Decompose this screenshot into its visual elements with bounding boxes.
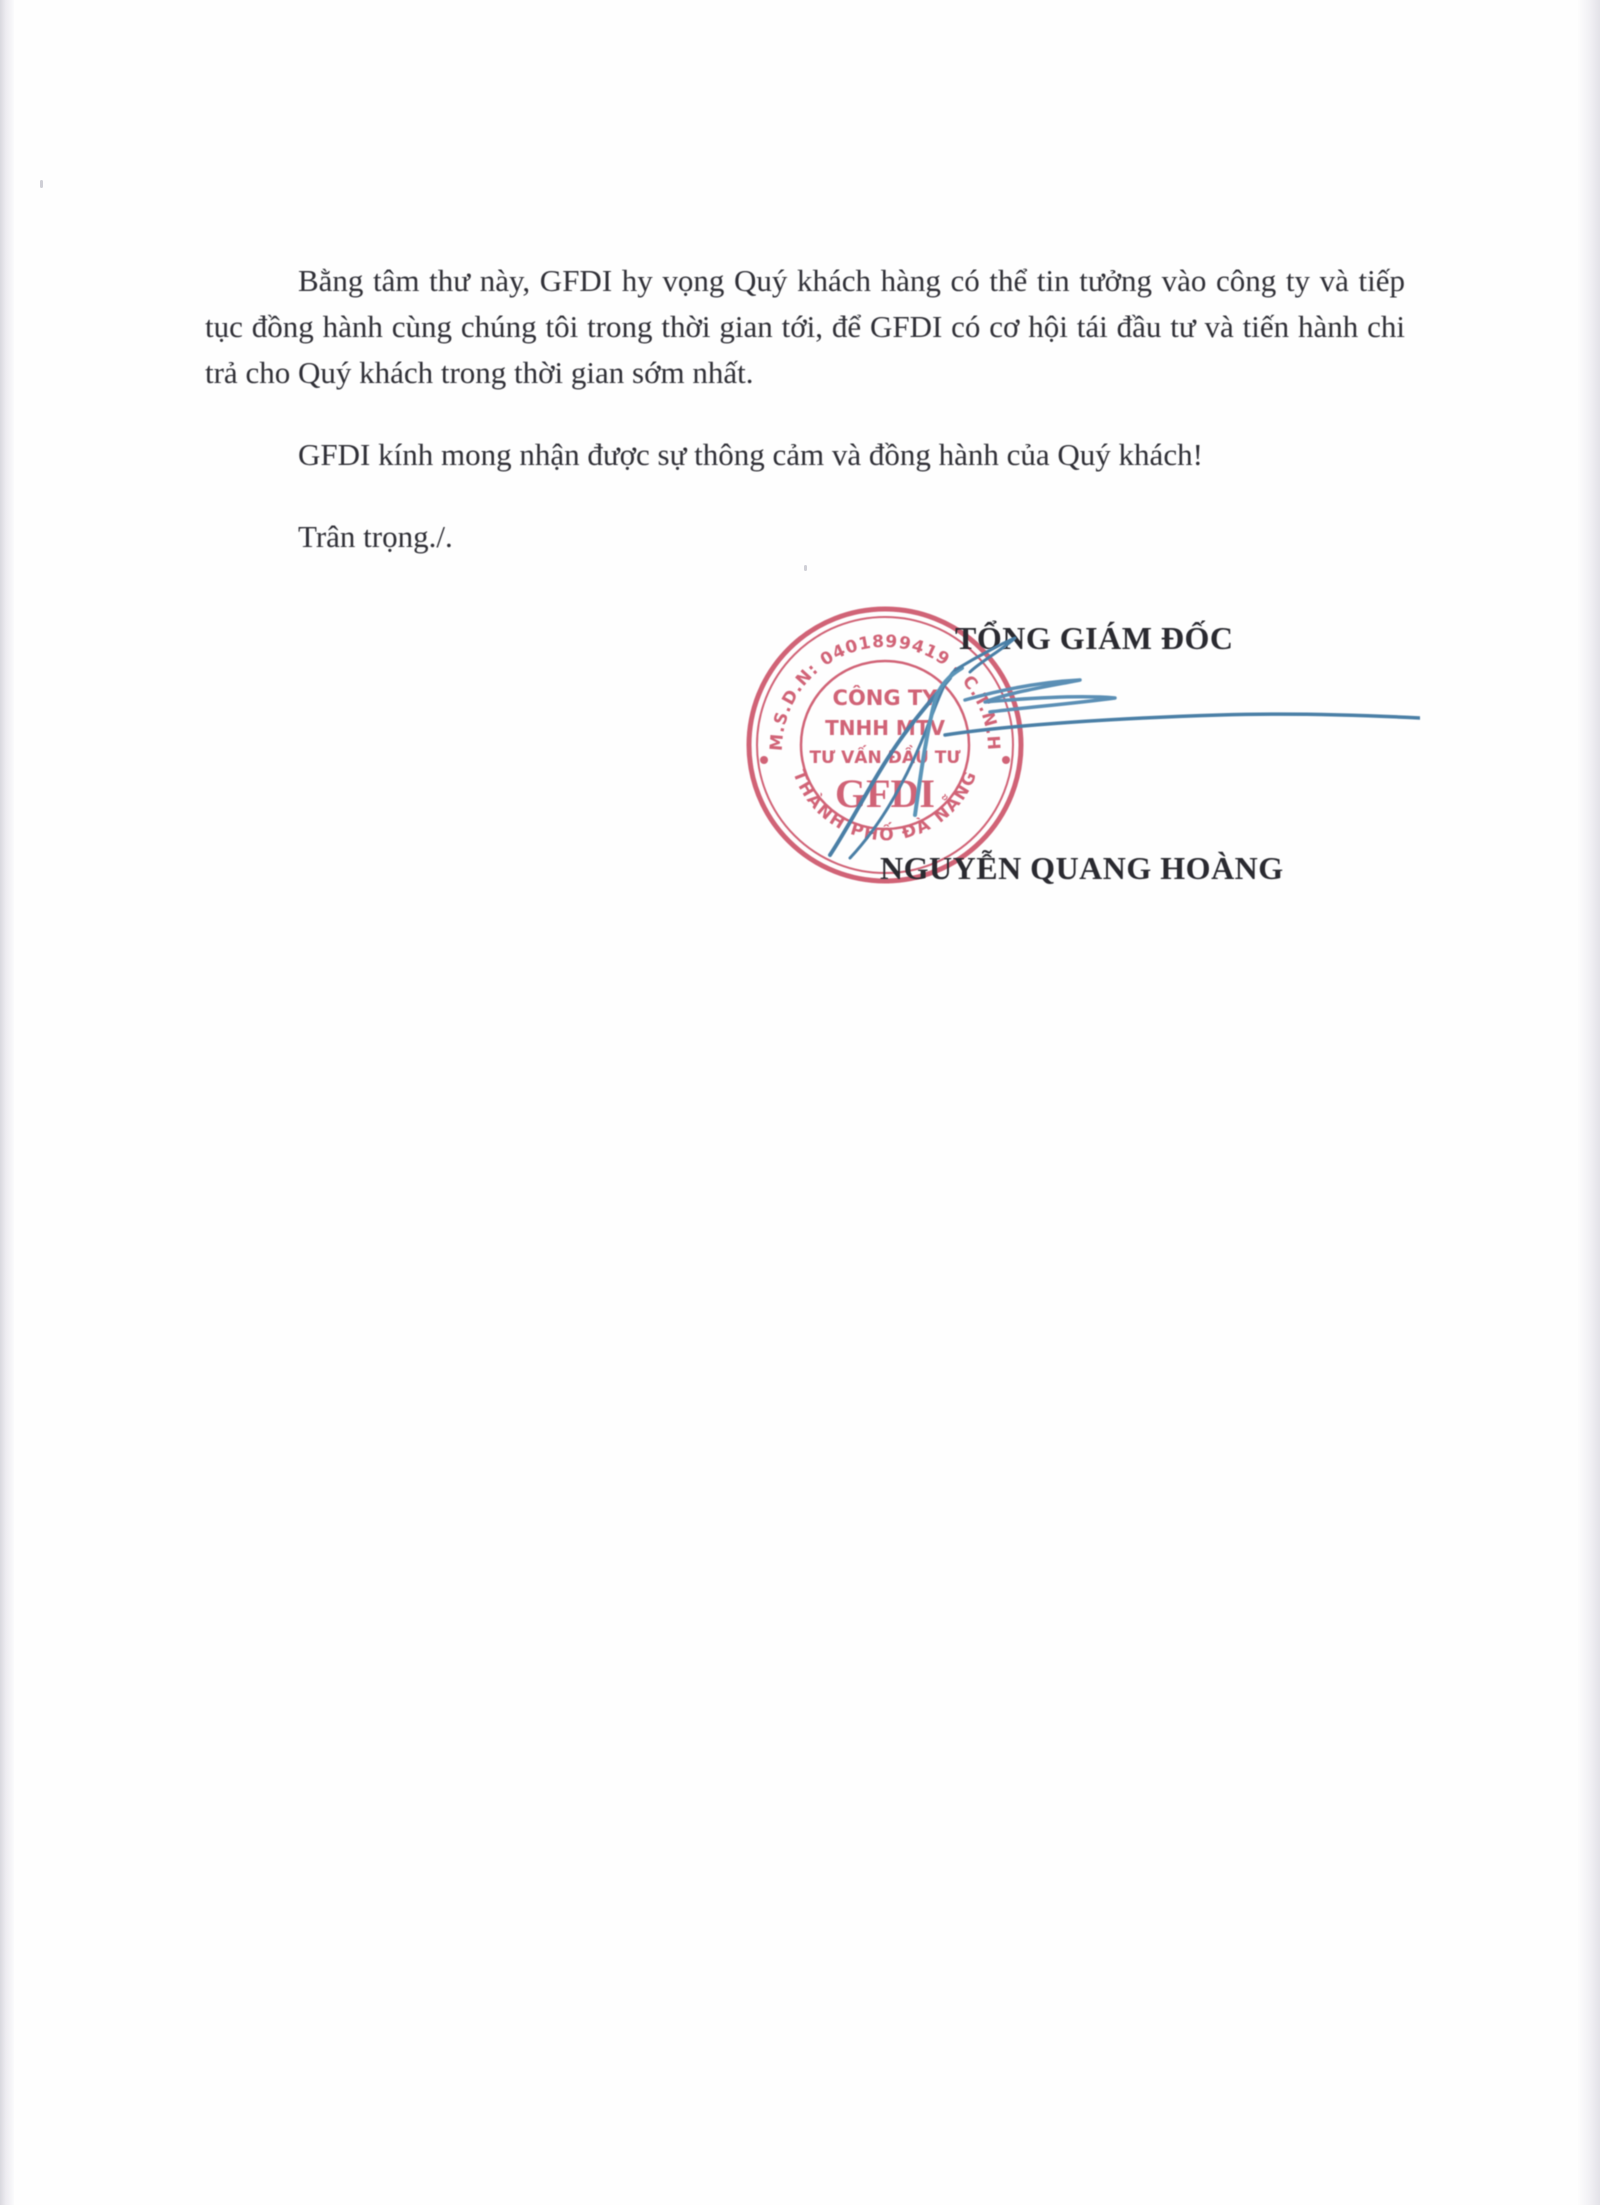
scan-right-edge — [1578, 0, 1600, 2205]
closing-line: Trân trọng./. — [205, 514, 1405, 560]
letter-body: Bằng tâm thư này, GFDI hy vọng Quý khách… — [205, 258, 1405, 560]
handwritten-signature-icon — [740, 600, 1420, 900]
body-paragraph: GFDI kính mong nhận được sự thông cảm và… — [205, 432, 1405, 478]
scan-left-edge — [0, 0, 14, 2205]
scan-speck — [40, 180, 43, 188]
body-paragraph: Bằng tâm thư này, GFDI hy vọng Quý khách… — [205, 258, 1405, 396]
scan-speck — [804, 565, 807, 571]
signature-block: M.S.D.N: 0401899419 - C.T.N.H THÀNH PHỐ … — [740, 600, 1420, 900]
